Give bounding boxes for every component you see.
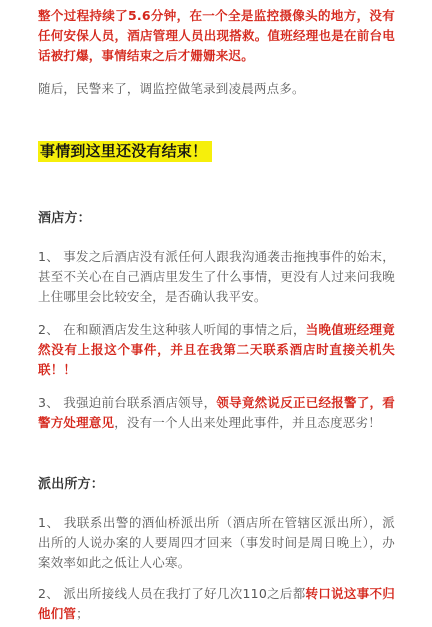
hotel-item-3-tail: ，没有一个人出来处理此事件，并且态度恶劣！ — [114, 415, 381, 430]
hotel-item-1-text: 1、 事发之后酒店没有派任何人跟我沟通袭击拖拽事件的始末，甚至不关心在自己酒店里… — [38, 249, 395, 304]
hotel-section-title: 酒店方： — [38, 211, 395, 227]
hotel-item-3: 3、 我强迫前台联系酒店领导，领导竟然说反正已经报警了，看警方处理意见，没有一个… — [38, 393, 395, 433]
hotel-item-3-plain: 3、 我强迫前台联系酒店领导， — [38, 395, 216, 410]
police-item-2: 2、 派出所接线人员在我打了好几次110之后都转口说这事不归他们管； — [38, 584, 395, 624]
police-item-1-text: 1、 我联系出警的酒仙桥派出所（酒店所在管辖区派出所），派出所的人说办案的人要周… — [38, 515, 395, 570]
police-section-title: 派出所方： — [38, 477, 395, 493]
police-item-2-tail: ； — [76, 606, 89, 621]
hotel-item-2-plain: 2、 在和颐酒店发生这种骇人听闻的事情之后， — [38, 322, 306, 337]
hotel-item-2: 2、 在和颐酒店发生这种骇人听闻的事情之后，当晚值班经理竟然没有上报这个事件，并… — [38, 320, 395, 380]
lead-red-paragraph: 整个过程持续了5.6分钟，在一个全是监控摄像头的地方，没有任何安保人员，酒店管理… — [38, 6, 395, 66]
police-item-2-plain: 2、 派出所接线人员在我打了好几次110之后都 — [38, 586, 306, 601]
banner-highlight-text: 事情到这里还没有结束！ — [38, 141, 212, 162]
follow-up-paragraph: 随后，民警来了，调监控做笔录到凌晨两点多。 — [38, 79, 395, 99]
article-page: 整个过程持续了5.6分钟，在一个全是监控摄像头的地方，没有任何安保人员，酒店管理… — [0, 0, 432, 627]
hotel-item-1: 1、 事发之后酒店没有派任何人跟我沟通袭击拖拽事件的始末，甚至不关心在自己酒店里… — [38, 247, 395, 307]
highlighted-banner: 事情到这里还没有结束！ — [38, 140, 395, 162]
police-item-1: 1、 我联系出警的酒仙桥派出所（酒店所在管辖区派出所），派出所的人说办案的人要周… — [38, 513, 395, 573]
